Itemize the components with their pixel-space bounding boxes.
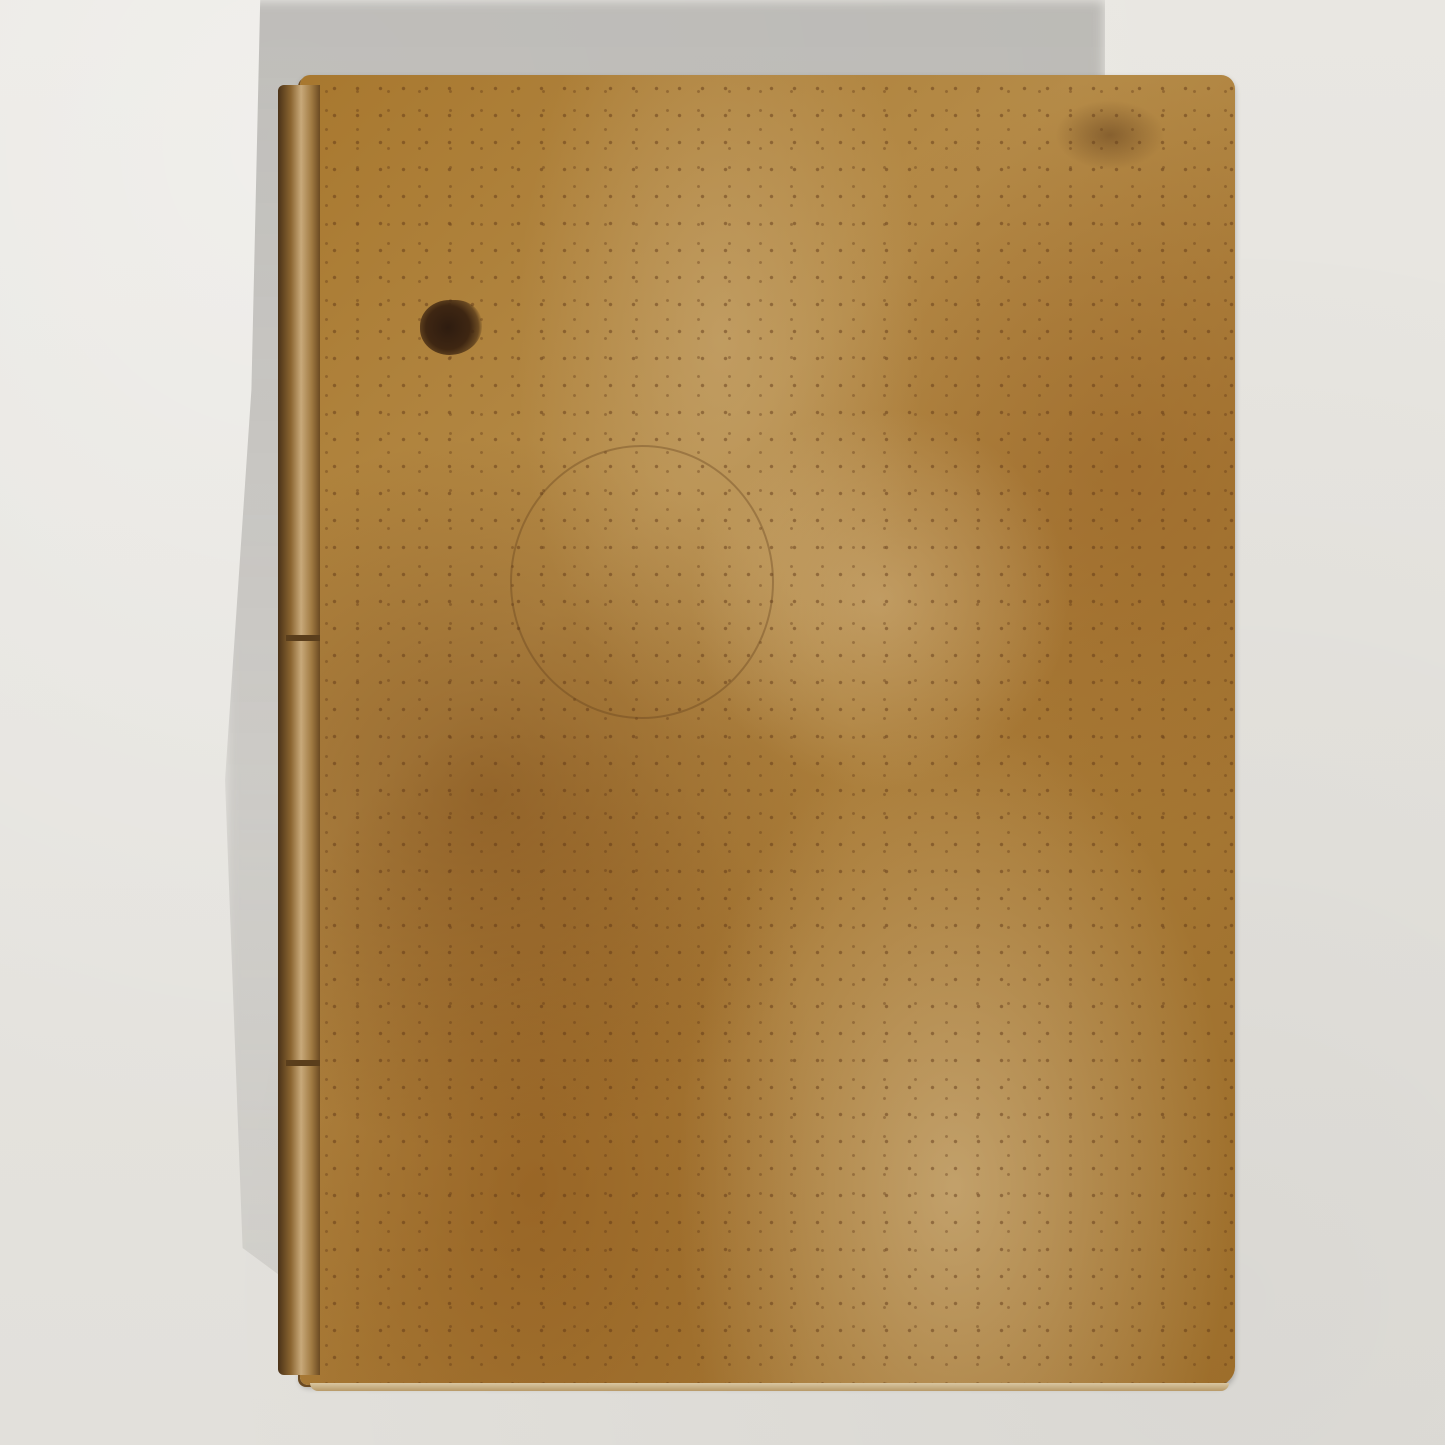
antique-book [300,75,1235,1385]
cover-speckles [300,75,1235,1385]
cover-stain [1055,100,1165,170]
book-spine [278,85,320,1375]
spine-tear [286,1060,320,1066]
page-edges [310,1383,1229,1391]
spine-tear [286,635,320,641]
embossed-circle-motif [510,445,774,719]
